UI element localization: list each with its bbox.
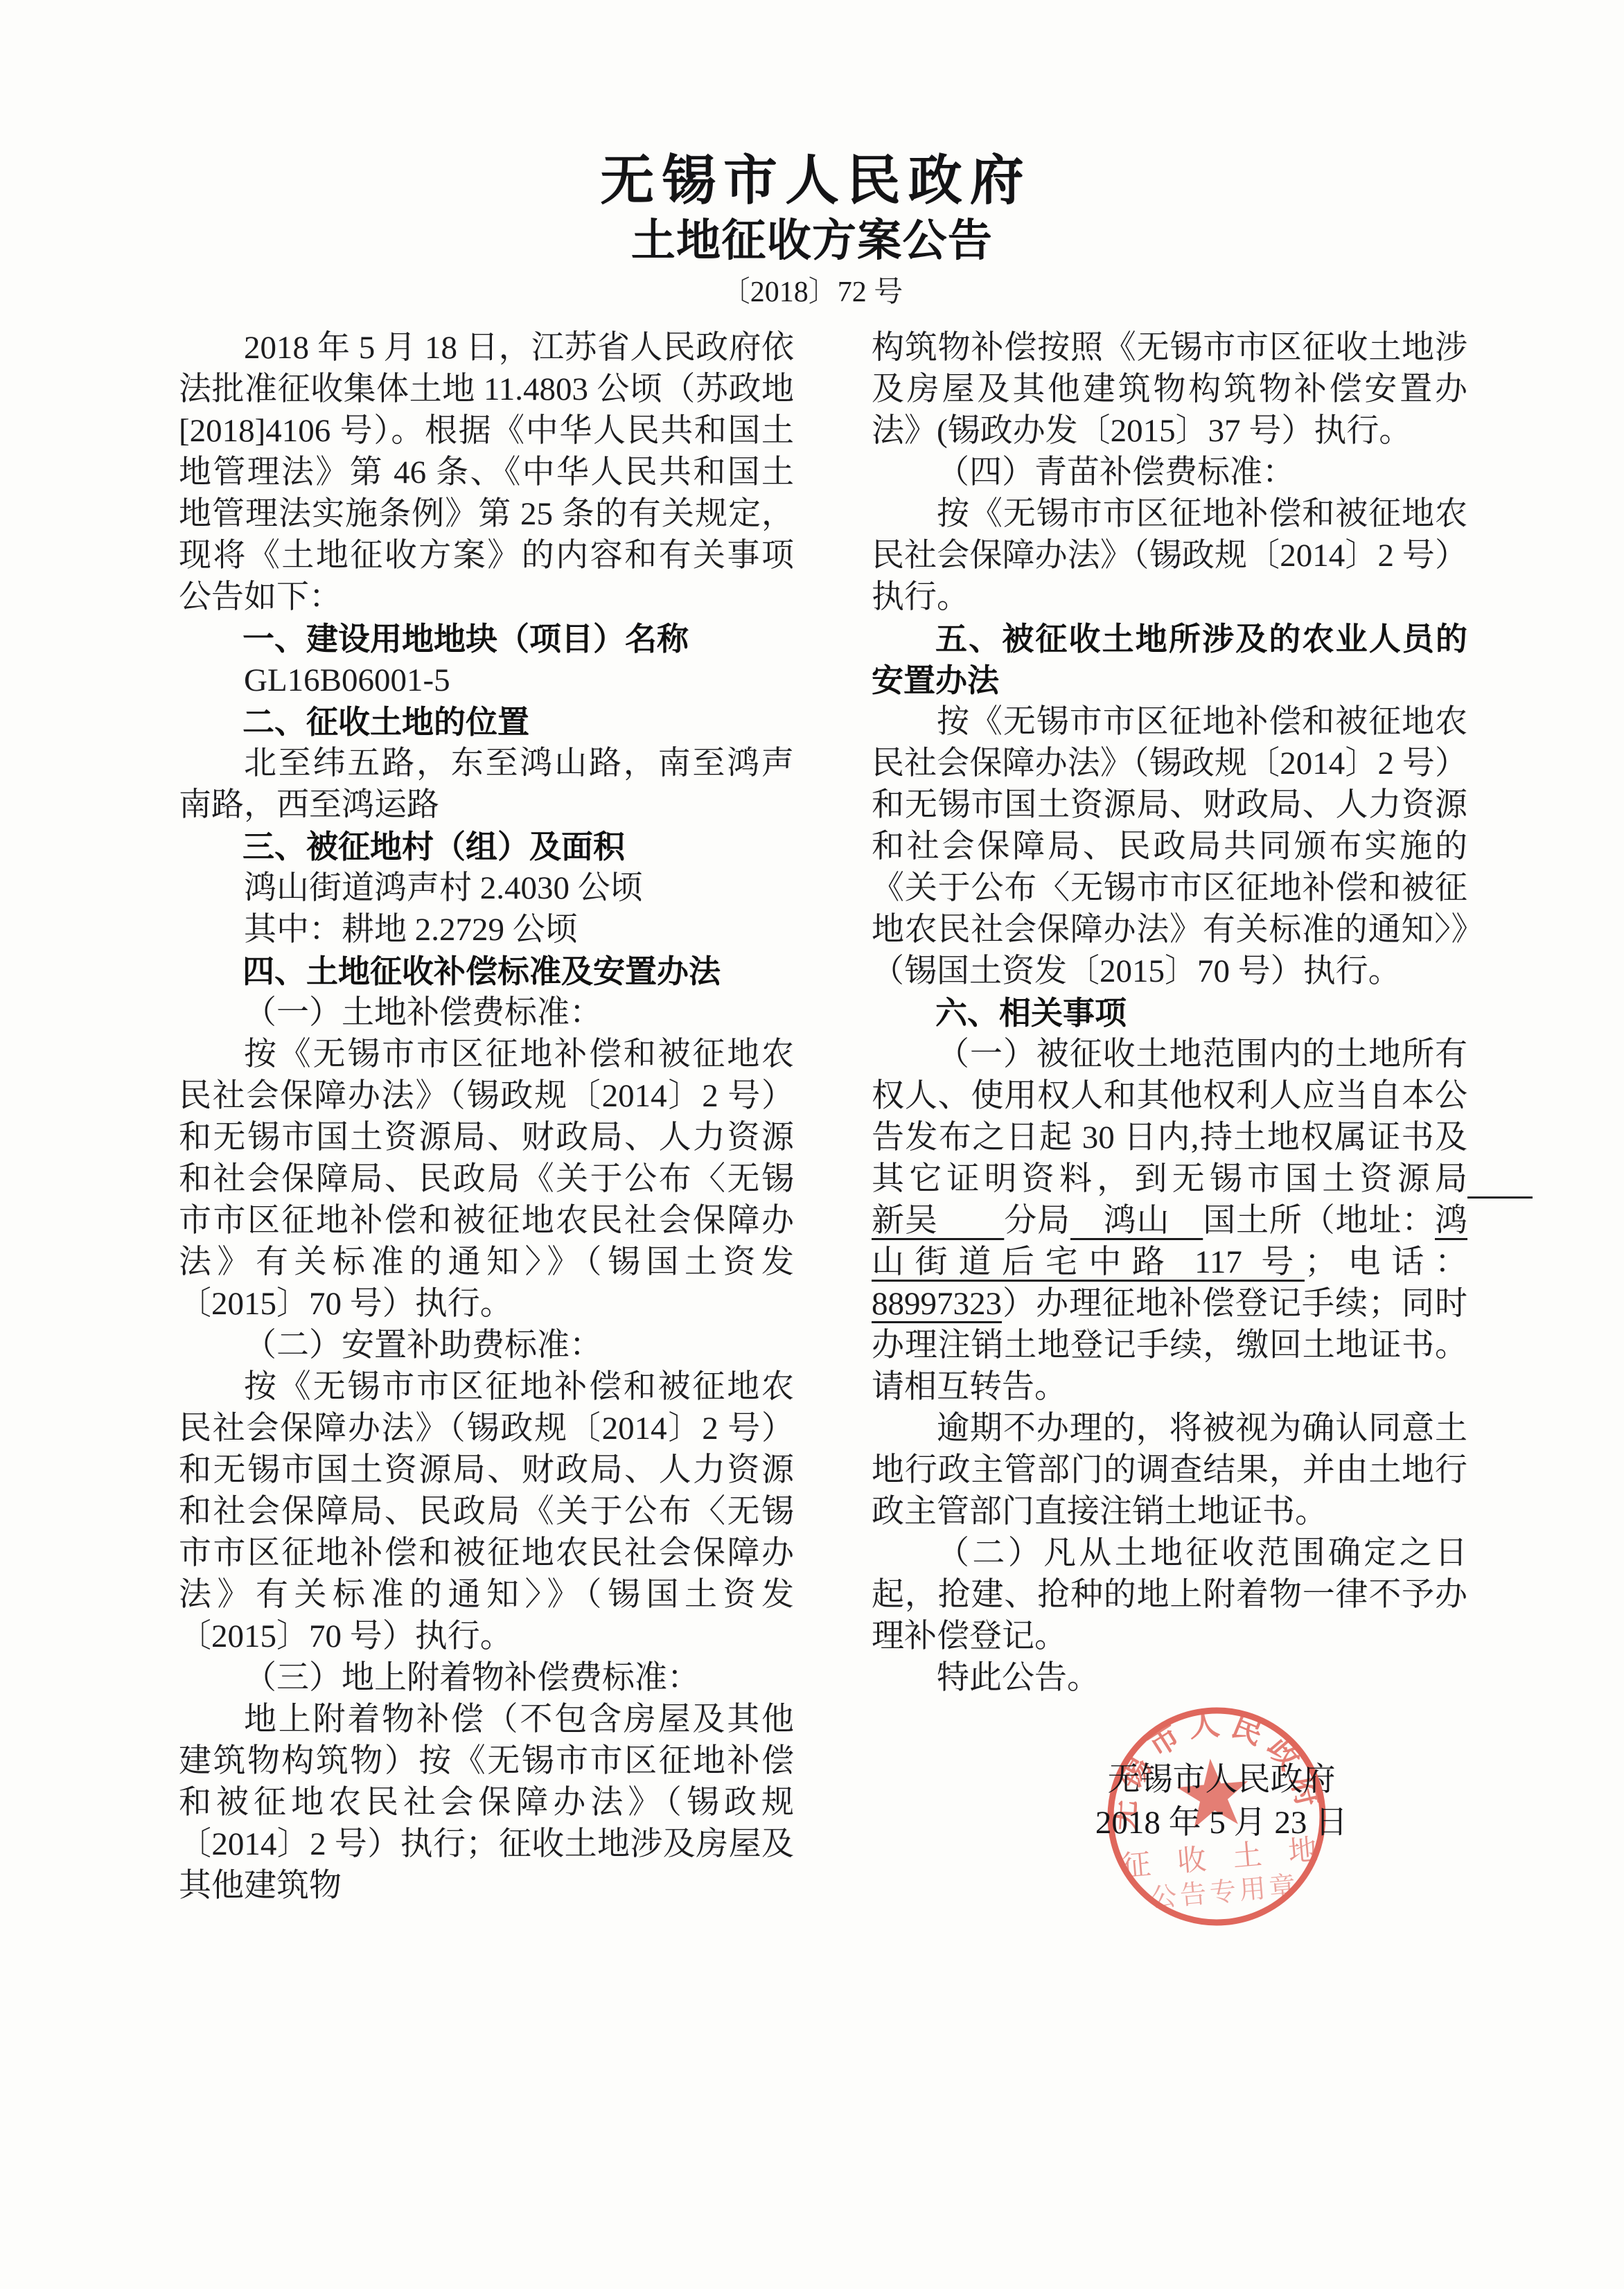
text-segment: （一）被征收土地范围内的土地所有权人、使用权人和其他权利人应当自本公告发布之日起…	[872, 1036, 1467, 1197]
paragraph: 特此公告。	[872, 1657, 1467, 1699]
document-title: 无锡市人民政府	[0, 137, 1624, 215]
signature-date: 2018 年 5 月 23 日	[1076, 1801, 1367, 1844]
paragraph: 按《无锡市市区征地补偿和被征地农民社会保障办法》（锡政规〔2014〕2 号）和无…	[872, 701, 1467, 992]
paragraph: 按《无锡市市区征地补偿和被征地农民社会保障办法》（锡政规〔2014〕2 号）和无…	[179, 1366, 794, 1657]
signature-name: 无锡市人民政府	[1076, 1758, 1367, 1801]
paragraph: 2018 年 5 月 18 日，江苏省人民政府依法批准征收集体土地 11.480…	[179, 327, 794, 618]
section-heading: 六、相关事项	[872, 992, 1467, 1034]
section-heading: 四、土地征收补偿标准及安置办法	[179, 951, 794, 992]
section-heading: 三、被征地村（组）及面积	[179, 826, 794, 867]
paragraph: 按《无锡市市区征地补偿和被征地农民社会保障办法》（锡政规〔2014〕2 号）执行…	[872, 493, 1467, 618]
section-heading: 五、被征收土地所涉及的农业人员的安置办法	[872, 618, 1467, 701]
paragraph: （二）凡从土地征收范围确定之日起，抢建、抢种的地上附着物一律不予办理补偿登记。	[872, 1532, 1467, 1657]
paragraph-with-underlines: （一）被征收土地范围内的土地所有权人、使用权人和其他权利人应当自本公告发布之日起…	[872, 1034, 1467, 1408]
paragraph: 逾期不办理的，将被视为确认同意土地行政主管部门的调查结果，并由土地行政主管部门直…	[872, 1408, 1467, 1532]
document-number: 〔2018〕72 号	[0, 269, 1624, 310]
paragraph: 构筑物补偿按照《无锡市市区征收土地涉及房屋及其他建筑物构筑物补偿安置办法》(锡政…	[872, 327, 1467, 452]
text-segment: 分局	[1004, 1203, 1070, 1239]
paragraph: 地上附着物补偿（不包含房屋及其他建筑物构筑物）按《无锡市市区征地补偿和被征地农民…	[179, 1699, 794, 1907]
paragraph: （三）地上附着物补偿费标准：	[179, 1657, 794, 1699]
paragraph: （四）青苗补偿费标准：	[872, 452, 1467, 493]
signature-block: 无锡市人民政府 2018 年 5 月 23 日	[1076, 1758, 1367, 1844]
document-subtitle: 土地征收方案公告	[0, 205, 1624, 269]
section-heading: 一、建设用地地块（项目）名称	[179, 618, 794, 660]
paragraph: 北至纬五路，东至鸿山路，南至鸿声南路，西至鸿运路	[179, 743, 794, 826]
announcement-page: 无锡市人民政府 土地征收方案公告 〔2018〕72 号 2018 年 5 月 1…	[0, 0, 1624, 2289]
paragraph: 鸿山街道鸿声村 2.4030 公顷	[179, 867, 794, 909]
paragraph: （一）土地补偿费标准：	[179, 992, 794, 1034]
underlined-text: 88997323	[872, 1286, 1002, 1322]
text-segment: 国土所（地址：	[1203, 1203, 1435, 1239]
underlined-text: 鸿山	[1070, 1203, 1203, 1239]
paragraph: （二）安置补助费标准：	[179, 1325, 794, 1366]
right-column: 构筑物补偿按照《无锡市市区征收土地涉及房屋及其他建筑物构筑物补偿安置办法》(锡政…	[872, 327, 1467, 1699]
text-segment: ；电话：	[1305, 1244, 1467, 1280]
left-column: 2018 年 5 月 18 日，江苏省人民政府依法批准征收集体土地 11.480…	[179, 327, 794, 1907]
paragraph: 其中：耕地 2.2729 公顷	[179, 909, 794, 951]
paragraph: GL16B06001-5	[179, 660, 794, 701]
section-heading: 二、征收土地的位置	[179, 701, 794, 743]
paragraph: 按《无锡市市区征地补偿和被征地农民社会保障办法》（锡政规〔2014〕2 号）和无…	[179, 1034, 794, 1325]
